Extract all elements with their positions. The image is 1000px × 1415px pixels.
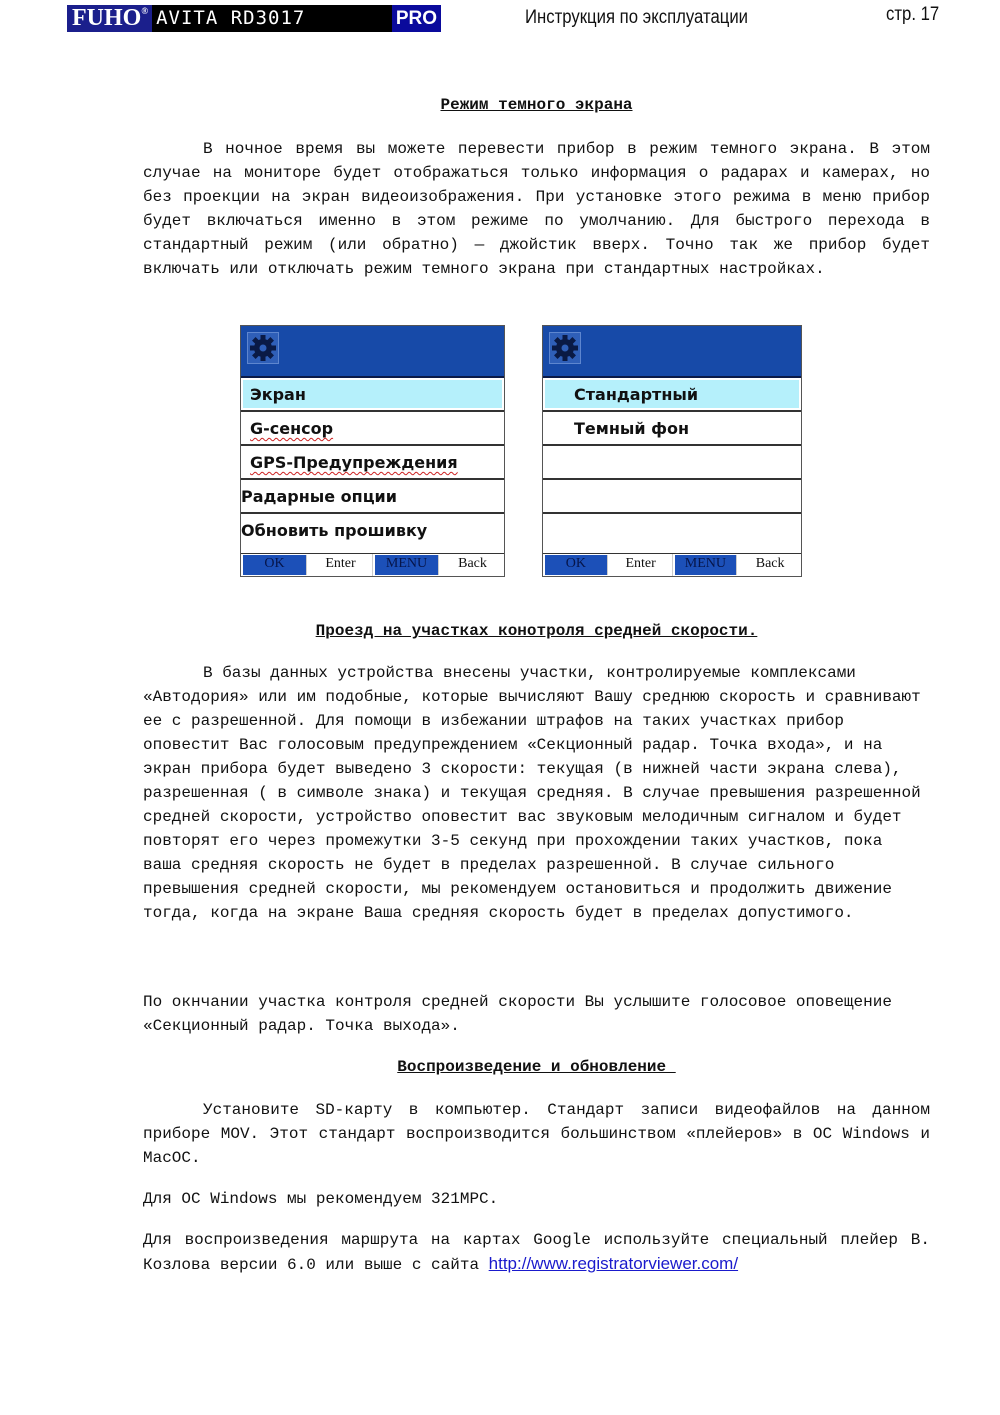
registratorviewer-link[interactable]: http://www.registratorviewer.com/ (489, 1254, 738, 1273)
device-menu-screen-display: Стандартный Темный фон OK Enter MENU Bac… (542, 325, 802, 577)
menu-item-gps-warnings[interactable]: GPS-Предупреждения (241, 446, 504, 480)
paragraph-windows-player: Для ОС Windows мы рекомендуем 321MPC. (143, 1187, 930, 1211)
softkey-ok[interactable]: OK (243, 555, 307, 575)
paragraph-dark-screen: В ночное время вы можете перевести прибо… (143, 137, 930, 281)
paragraph-average-speed: В базы данных устройства внесены участки… (143, 661, 930, 925)
softkey-ok[interactable]: OK (545, 555, 608, 575)
softkey-menu[interactable]: MENU (375, 555, 439, 575)
menu-item-screen[interactable]: Экран (241, 378, 504, 412)
section-heading-dark-screen: Режим темного экрана (143, 96, 930, 114)
menu-item-update-firmware[interactable]: Обновить прошивку (241, 514, 504, 548)
brand-logo: FUHO® AVITA RD3017 PRO (67, 5, 441, 32)
gear-icon (549, 332, 581, 364)
paragraph-google-maps: Для воспроизведения маршрута на картах G… (143, 1228, 930, 1277)
softkey-enter-label: Enter (309, 554, 373, 576)
section-heading-playback: Воспроизведение и обновление (143, 1058, 930, 1076)
softkey-menu[interactable]: MENU (675, 555, 738, 575)
menu-item-radar-options[interactable]: Радарные опции (241, 480, 504, 514)
screen-header (543, 326, 801, 378)
menu-item-empty (543, 446, 801, 480)
gear-icon (247, 332, 279, 364)
menu-item-empty (543, 514, 801, 548)
document-title: Инструкция по эксплуатации (525, 7, 748, 29)
paragraph-playback-sd: Установите SD-карту в компьютер. Стандар… (143, 1098, 930, 1170)
softkey-enter-label: Enter (610, 554, 673, 576)
section-heading-average-speed: Проезд на участках конотроля средней ско… (143, 622, 930, 640)
device-menu-screen-main: Экран G-сенсор GPS-Предупреждения Радарн… (240, 325, 505, 577)
logo-brand: FUHO® (67, 5, 152, 32)
screen-header (241, 326, 504, 378)
menu-item-empty (543, 480, 801, 514)
softkey-back-label: Back (441, 554, 504, 576)
softkey-bar: OK Enter MENU Back (543, 553, 801, 576)
softkey-bar: OK Enter MENU Back (241, 553, 504, 576)
logo-model: AVITA RD3017 (152, 5, 392, 32)
menu-item-g-sensor[interactable]: G-сенсор (241, 412, 504, 446)
menu-item-dark-background[interactable]: Темный фон (543, 412, 801, 446)
logo-suffix: PRO (392, 5, 441, 32)
menu-item-standard[interactable]: Стандартный (543, 378, 801, 412)
page-number: стр. 17 (886, 4, 939, 26)
paragraph-section-exit: По окнчании участка контроля средней ско… (143, 990, 930, 1038)
softkey-back-label: Back (739, 554, 801, 576)
